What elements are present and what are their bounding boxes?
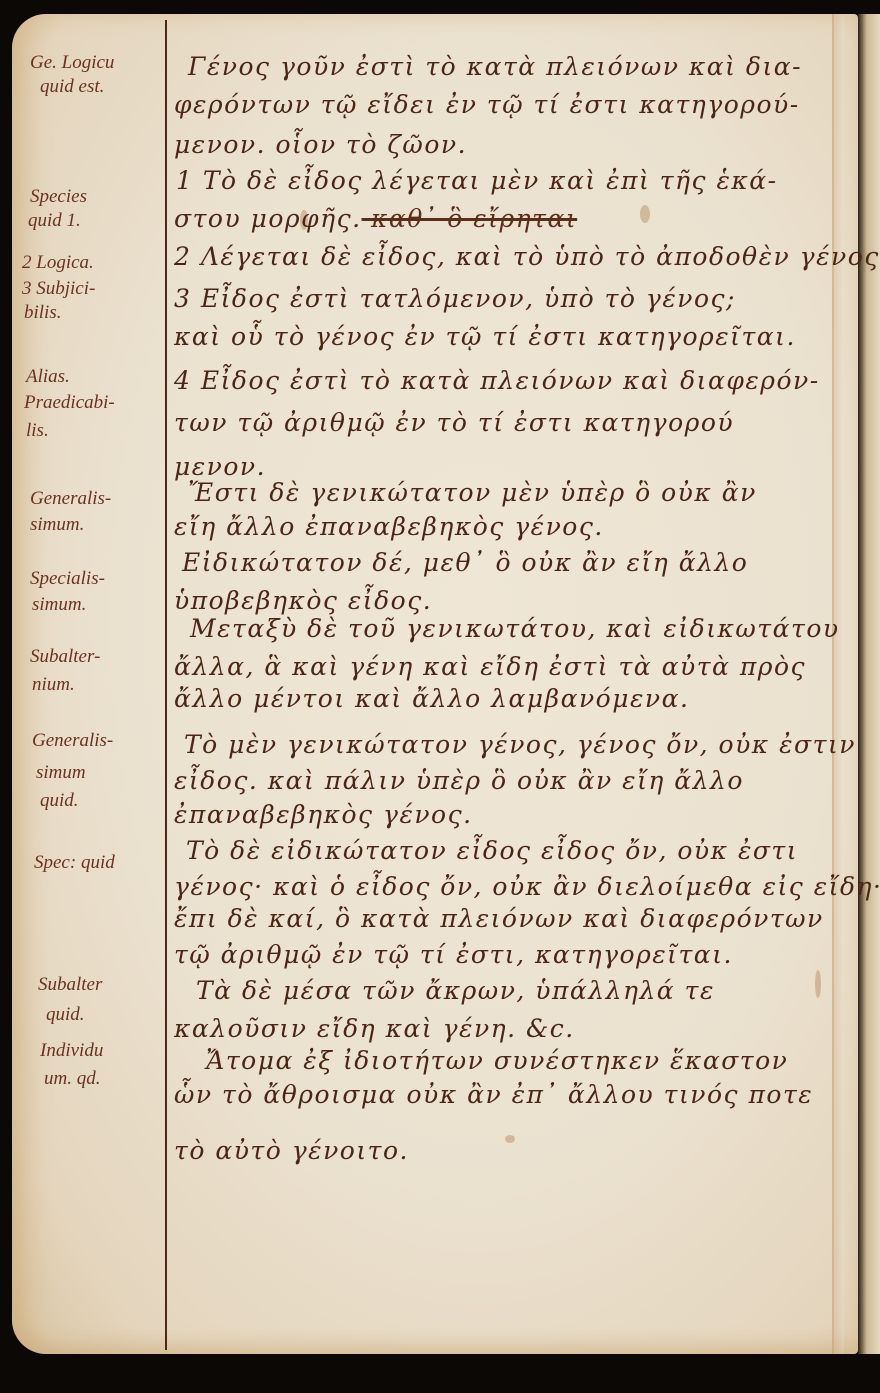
text-line: ἄλλο μέντοι καὶ ἄλλο λαμβανόμενα. bbox=[174, 684, 689, 713]
text-line: των τῷ ἀριθμῷ ἐν τὸ τί ἐστι κατηγορού bbox=[174, 408, 734, 437]
text-line: εἴη ἄλλο ἐπαναβεβηκὸς γένος. bbox=[174, 512, 604, 541]
line-text: εἴη ἄλλο ἐπαναβεβηκὸς γένος. bbox=[174, 512, 604, 541]
gloss-line: nium. bbox=[32, 674, 75, 696]
text-line: Εἰδικώτατον δέ, μεθ᾽ ὃ οὐκ ἂν εἴη ἄλλο bbox=[182, 548, 748, 577]
line-text: των τῷ ἀριθμῷ ἐν τὸ τί ἐστι κατηγορού bbox=[174, 408, 734, 437]
line-text: τῷ ἀριθμῷ ἐν τῷ τί ἐστι, κατηγορεῖται. bbox=[174, 940, 733, 969]
line-text: Εἶδος ἐστὶ τατλόμενον, ὑπὸ τὸ γένος; bbox=[201, 284, 736, 313]
line-number: 3 bbox=[174, 284, 201, 313]
line-text: γένος· καὶ ὁ εἶδος ὄν, οὐκ ἂν διελοίμεθα… bbox=[174, 872, 880, 901]
gloss-line: um. qd. bbox=[44, 1068, 100, 1090]
gloss-line: 2 Logica. bbox=[22, 252, 94, 274]
line-number: 4 bbox=[174, 366, 201, 395]
line-number: 1 bbox=[176, 166, 203, 195]
adjacent-page-edge bbox=[858, 14, 880, 1354]
page-gutter bbox=[832, 14, 844, 1354]
line-text: Μεταξὺ δὲ τοῦ γενικωτάτου, καὶ εἰδικωτάτ… bbox=[190, 614, 840, 643]
text-line: μενον. bbox=[174, 452, 266, 481]
gloss-line: Specialis- bbox=[30, 568, 105, 590]
gloss-line: Generalis- bbox=[30, 488, 111, 510]
gloss-line: quid 1. bbox=[28, 210, 81, 232]
line-text: Ἔστι δὲ γενικώτατον μὲν ὑπὲρ ὃ οὐκ ἂν bbox=[188, 478, 757, 507]
gloss-line: quid est. bbox=[40, 76, 104, 98]
gloss-line: Generalis- bbox=[32, 730, 113, 752]
text-line: Ἄτομα ἐξ ἰδιοτήτων συνέστηκεν ἕκαστον bbox=[206, 1046, 788, 1075]
text-line: 3 Εἶδος ἐστὶ τατλόμενον, ὑπὸ τὸ γένος; bbox=[174, 284, 736, 313]
text-line: Ἔστι δὲ γενικώτατον μὲν ὑπὲρ ὃ οὐκ ἂν bbox=[188, 478, 757, 507]
text-line: φερόντων τῷ εἴδει ἐν τῷ τί ἐστι κατηγορο… bbox=[174, 90, 800, 119]
line-text: ἔπι δὲ καί, ὃ κατὰ πλειόνων καὶ διαφερόν… bbox=[174, 904, 824, 933]
gloss-line: Ge. Logicu bbox=[30, 52, 114, 74]
gloss-line: Alias. bbox=[26, 366, 70, 388]
line-text: τὸ αὐτὸ γένοιτο. bbox=[174, 1136, 409, 1165]
line-text: ἄλλο μέντοι καὶ ἄλλο λαμβανόμενα. bbox=[174, 684, 689, 713]
gloss-line: quid. bbox=[40, 790, 79, 812]
line-text: φερόντων τῷ εἴδει ἐν τῷ τί ἐστι κατηγορο… bbox=[174, 90, 800, 119]
line-number: 2 bbox=[174, 242, 201, 271]
gloss-line: simum bbox=[36, 762, 86, 784]
text-line: ἔπι δὲ καί, ὃ κατὰ πλειόνων καὶ διαφερόν… bbox=[174, 904, 824, 933]
text-line: ὧν τὸ ἄθροισμα οὐκ ἂν ἐπ᾽ ἄλλου τινός πο… bbox=[174, 1080, 813, 1109]
gloss-line: simum. bbox=[32, 594, 86, 616]
line-text: Ἄτομα ἐξ ἰδιοτήτων συνέστηκεν ἕκαστον bbox=[206, 1046, 788, 1075]
gloss-line: simum. bbox=[30, 514, 84, 536]
gloss-line: Species bbox=[30, 186, 87, 208]
gloss-line: quid. bbox=[46, 1004, 85, 1026]
line-text: στου μορφῆς. bbox=[174, 204, 362, 233]
line-text: μενον. bbox=[174, 452, 266, 481]
line-text: Γένος γοῦν ἐστὶ τὸ κατὰ πλειόνων καὶ δια… bbox=[188, 52, 802, 81]
gloss-line: lis. bbox=[26, 420, 49, 442]
gloss-line: Praedicabi- bbox=[24, 392, 115, 414]
text-line: Τὸ μὲν γενικώτατον γένος, γένος ὄν, οὐκ … bbox=[184, 730, 856, 759]
line-text: Λέγεται δὲ εἶδος, καὶ τὸ ὑπὸ τὸ ἀποδοθὲν… bbox=[201, 242, 880, 271]
gloss-line: Individu bbox=[40, 1040, 103, 1062]
line-text: εἶδος. καὶ πάλιν ὑπὲρ ὃ οὐκ ἂν εἴη ἄλλο bbox=[174, 766, 744, 795]
text-line: γένος· καὶ ὁ εἶδος ὄν, οὐκ ἂν διελοίμεθα… bbox=[174, 872, 880, 901]
gloss-line: Spec: quid bbox=[34, 852, 115, 874]
text-line: 1 Τὸ δὲ εἶδος λέγεται μὲν καὶ ἐπὶ τῆς ἑκ… bbox=[176, 166, 778, 195]
gloss-line: Subalter- bbox=[30, 646, 100, 668]
text-line: καλοῦσιν εἴδη καὶ γένη. &c. bbox=[174, 1014, 575, 1043]
text-line: ἐπαναβεβηκὸς γένος. bbox=[174, 800, 473, 829]
text-line: τῷ ἀριθμῷ ἐν τῷ τί ἐστι, κατηγορεῖται. bbox=[174, 940, 733, 969]
line-text: Τὸ μὲν γενικώτατον γένος, γένος ὄν, οὐκ … bbox=[184, 730, 856, 759]
text-line: ὑποβεβηκὸς εἶδος. bbox=[174, 586, 432, 615]
text-line: καὶ οὗ τὸ γένος ἐν τῷ τί ἐστι κατηγορεῖτ… bbox=[174, 322, 796, 351]
text-line: Τὸ δὲ εἰδικώτατον εἶδος εἶδος ὄν, οὐκ ἐσ… bbox=[186, 836, 798, 865]
line-text: ὑποβεβηκὸς εἶδος. bbox=[174, 586, 432, 615]
text-line: στου μορφῆς. καθ᾽ ὃ εἴρηται bbox=[174, 204, 577, 233]
ink-stain bbox=[505, 1135, 515, 1143]
gloss-line: bilis. bbox=[24, 302, 61, 324]
line-text: καλοῦσιν εἴδη καὶ γένη. &c. bbox=[174, 1014, 575, 1043]
line-text: Τὸ δὲ εἶδος λέγεται μὲν καὶ ἐπὶ τῆς ἑκά- bbox=[203, 166, 778, 195]
line-text: ὧν τὸ ἄθροισμα οὐκ ἂν ἐπ᾽ ἄλλου τινός πο… bbox=[174, 1080, 813, 1109]
line-text: καὶ οὗ τὸ γένος ἐν τῷ τί ἐστι κατηγορεῖτ… bbox=[174, 322, 796, 351]
text-line: τὸ αὐτὸ γένοιτο. bbox=[174, 1136, 409, 1165]
line-text: Εἰδικώτατον δέ, μεθ᾽ ὃ οὐκ ἂν εἴη ἄλλο bbox=[182, 548, 748, 577]
line-text: ἄλλα, ἃ καὶ γένη καὶ εἴδη ἐστὶ τὰ αὐτὰ π… bbox=[174, 652, 806, 681]
ink-stain bbox=[815, 970, 821, 998]
text-line: Γένος γοῦν ἐστὶ τὸ κατὰ πλειόνων καὶ δια… bbox=[188, 52, 802, 81]
line-text: Τὰ δὲ μέσα τῶν ἄκρων, ὑπάλληλά τε bbox=[196, 976, 715, 1005]
text-line: ἄλλα, ἃ καὶ γένη καὶ εἴδη ἐστὶ τὰ αὐτὰ π… bbox=[174, 652, 806, 681]
text-line: μενον. οἷον τὸ ζῶον. bbox=[174, 130, 467, 159]
line-text: ἐπαναβεβηκὸς γένος. bbox=[174, 800, 473, 829]
text-line: Μεταξὺ δὲ τοῦ γενικωτάτου, καὶ εἰδικωτάτ… bbox=[190, 614, 840, 643]
struck-text: καθ᾽ ὃ εἴρηται bbox=[362, 204, 578, 233]
text-line: εἶδος. καὶ πάλιν ὑπὲρ ὃ οὐκ ἂν εἴη ἄλλο bbox=[174, 766, 744, 795]
line-text: μενον. οἷον τὸ ζῶον. bbox=[174, 130, 467, 159]
text-line: 2 Λέγεται δὲ εἶδος, καὶ τὸ ὑπὸ τὸ ἀποδοθ… bbox=[174, 242, 880, 271]
gloss-line: Subalter bbox=[38, 974, 102, 996]
text-line: Τὰ δὲ μέσα τῶν ἄκρων, ὑπάλληλά τε bbox=[196, 976, 715, 1005]
line-text: Τὸ δὲ εἰδικώτατον εἶδος εἶδος ὄν, οὐκ ἐσ… bbox=[186, 836, 798, 865]
text-line: 4 Εἶδος ἐστὶ τὸ κατὰ πλειόνων καὶ διαφερ… bbox=[174, 366, 820, 395]
ink-stain bbox=[640, 205, 650, 223]
margin-rule-line bbox=[165, 20, 167, 1350]
gloss-line: 3 Subjici- bbox=[22, 278, 95, 300]
line-text: Εἶδος ἐστὶ τὸ κατὰ πλειόνων καὶ διαφερόν… bbox=[201, 366, 820, 395]
